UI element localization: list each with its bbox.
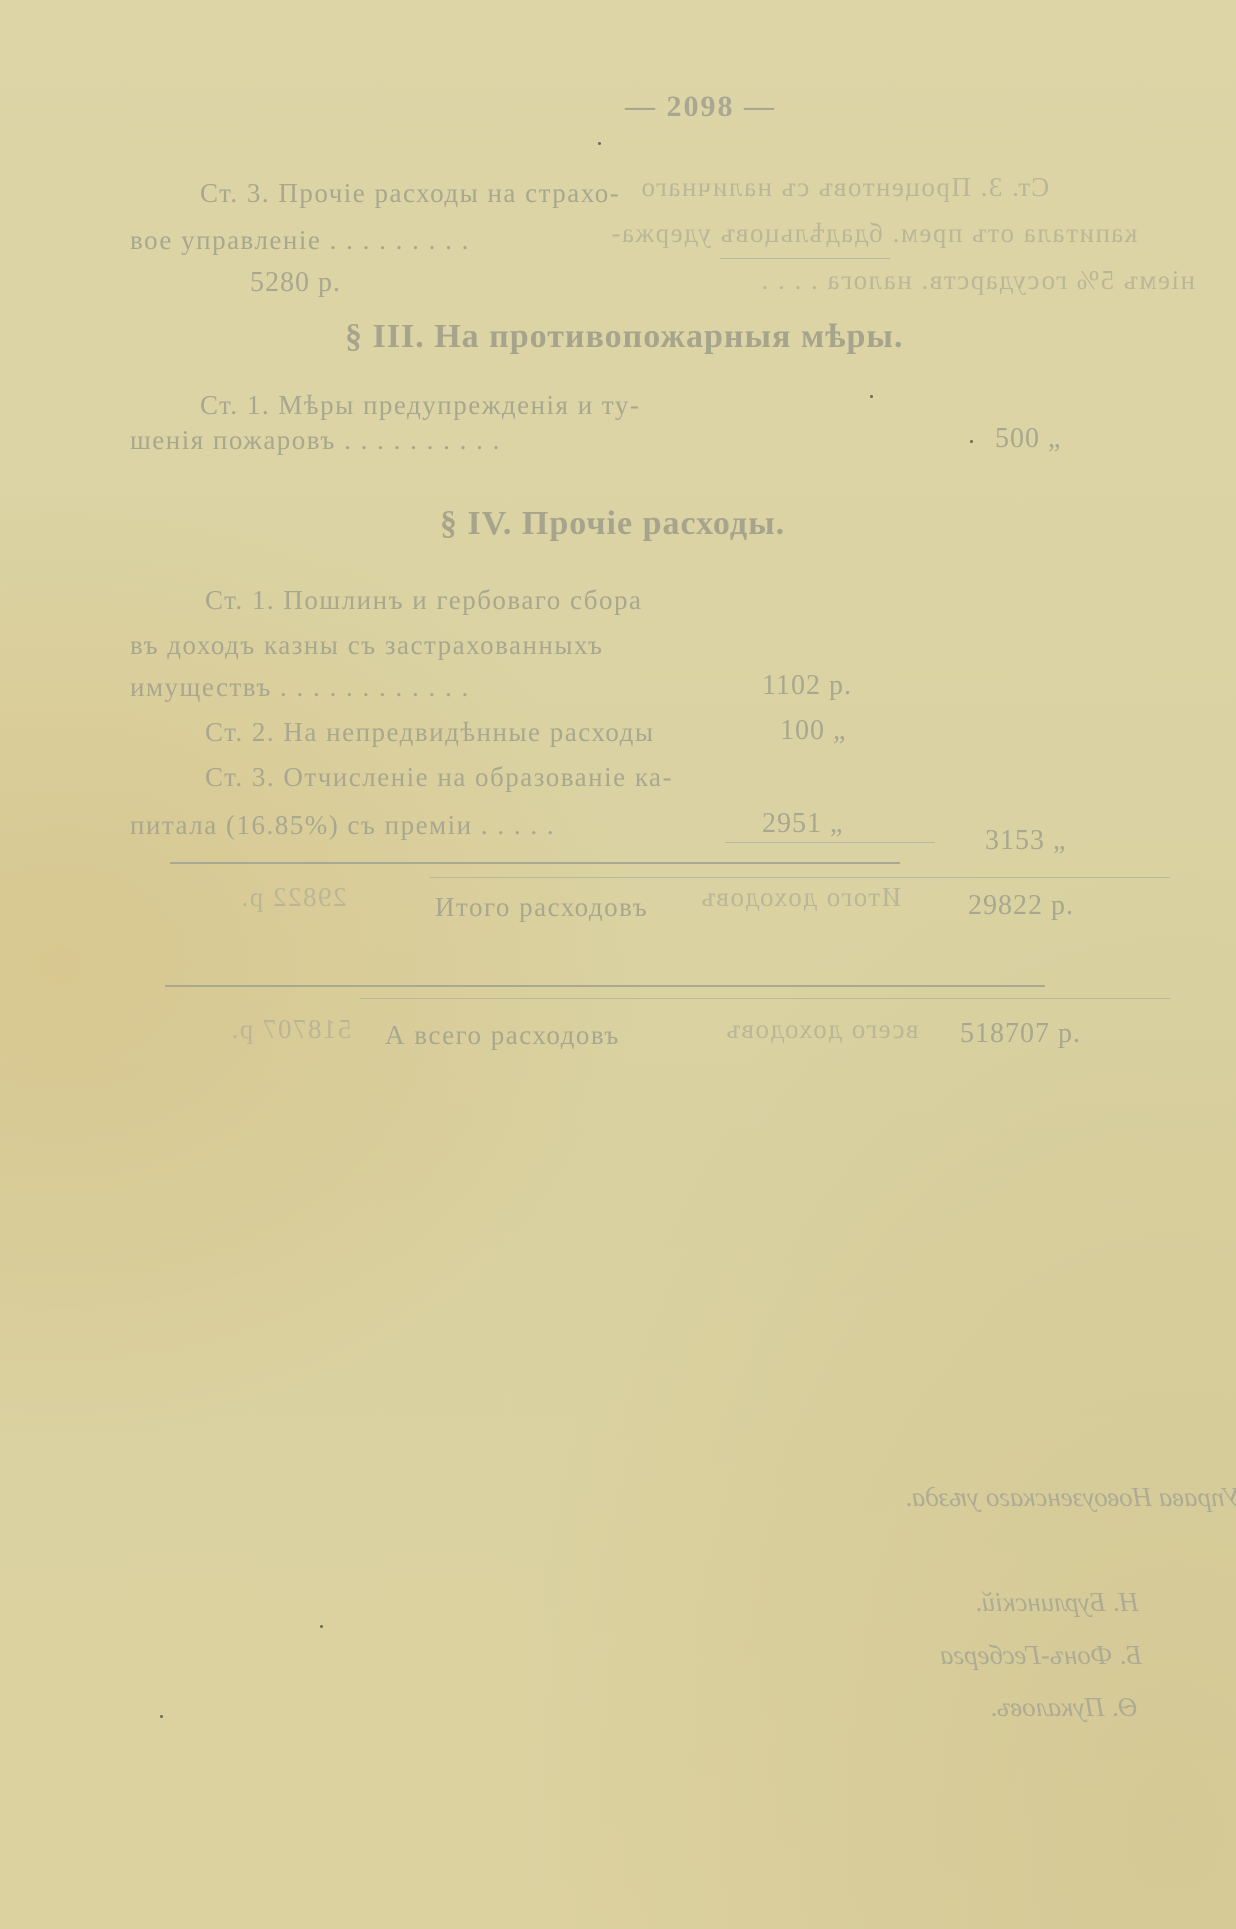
- grand-total-label: А всего расходовъ: [385, 1020, 620, 1051]
- section-4-item-1-line-3: имуществъ . . . . . . . . . . . .: [130, 672, 470, 703]
- total-rule-lower: [430, 877, 1170, 878]
- section-4-subtotal: 3153 „: [985, 825, 1066, 857]
- section-4-item-1-line-1: Ст. 1. Пошлинъ и гербоваго сбора: [205, 585, 643, 616]
- paper-speck: [320, 1625, 323, 1628]
- bleed-through-line-1: Ст. 3. Процентовъ съ наличнаго: [640, 172, 1049, 203]
- section-4-item-3-line-2: питала (16.85%) съ преміи . . . . .: [130, 810, 555, 841]
- section-4-item-3-amount: 2951 „: [762, 808, 843, 840]
- section-4-item-3-line-1: Ст. 3. Отчисленіе на образованіе ка-: [205, 762, 673, 793]
- document-page: — 2098 — Ст. 3. Процентовъ съ наличнаго …: [0, 0, 1236, 1929]
- grand-total-rule-upper: [165, 985, 1045, 987]
- bleed-through-line-3: ніемъ 5% государств. налога . . . .: [760, 265, 1195, 296]
- section-4-item-1-line-2: въ доходъ казны съ застрахованныхъ: [130, 630, 603, 661]
- bleed-through-rule: [720, 258, 890, 259]
- total-expenses-label: Итого расходовъ: [435, 892, 648, 923]
- section-3-item-amount: 500 „: [995, 423, 1061, 455]
- total-rule-upper: [170, 862, 900, 864]
- section-3-heading: § III. На противопожарныя мѣры.: [345, 318, 903, 356]
- section-4-item-2-amount: 100 „: [780, 715, 846, 747]
- paper-speck: [870, 395, 873, 398]
- total-expenses-amount: 29822 р.: [968, 890, 1074, 922]
- grand-total-rule-lower: [360, 998, 1170, 999]
- paper-speck: [160, 1715, 163, 1718]
- section-3-item-line-1: Ст. 1. Мѣры предупрежденія и ту-: [200, 390, 640, 421]
- signature-title: Управа Новоузенскаго уѣзда.: [905, 1482, 1236, 1513]
- paper-speck: [598, 142, 601, 145]
- prev-item-line-1: Ст. 3. Прочіе расходы на страхо-: [200, 178, 620, 209]
- prev-item-line-2: вое управленіе . . . . . . . . .: [130, 225, 470, 256]
- prev-item-amount: 5280 р.: [250, 267, 341, 299]
- bleed-through-all-income-label: всего доходовъ: [725, 1014, 919, 1045]
- bleed-through-line-2: капитала отъ прем. бдадѣльцовъ удержа-: [610, 218, 1137, 249]
- signature-name-3: Ѳ. Пукаловъ.: [990, 1692, 1138, 1723]
- page-number: — 2098 —: [625, 90, 776, 124]
- signature-name-2: Б. Фонъ-Гесберга: [940, 1640, 1142, 1671]
- section-4-item-2-line-1: Ст. 2. На непредвидѣнные расходы: [205, 717, 654, 748]
- bleed-through-all-income-amount: 518707 р.: [230, 1014, 352, 1045]
- section-3-item-line-2: шенія пожаровъ . . . . . . . . . .: [130, 425, 501, 456]
- paper-speck: [970, 440, 973, 443]
- grand-total-amount: 518707 р.: [960, 1018, 1081, 1050]
- bleed-through-total-income-amount: 29822 р.: [240, 882, 347, 913]
- section-4-heading: § IV. Прочіе расходы.: [440, 505, 785, 543]
- section-4-subtotal-rule: [725, 842, 935, 843]
- signature-name-1: Н. Бурлинскій.: [975, 1587, 1139, 1618]
- section-4-item-1-amount: 1102 р.: [762, 670, 852, 702]
- bleed-through-total-income-label: Итого доходовъ: [700, 882, 901, 913]
